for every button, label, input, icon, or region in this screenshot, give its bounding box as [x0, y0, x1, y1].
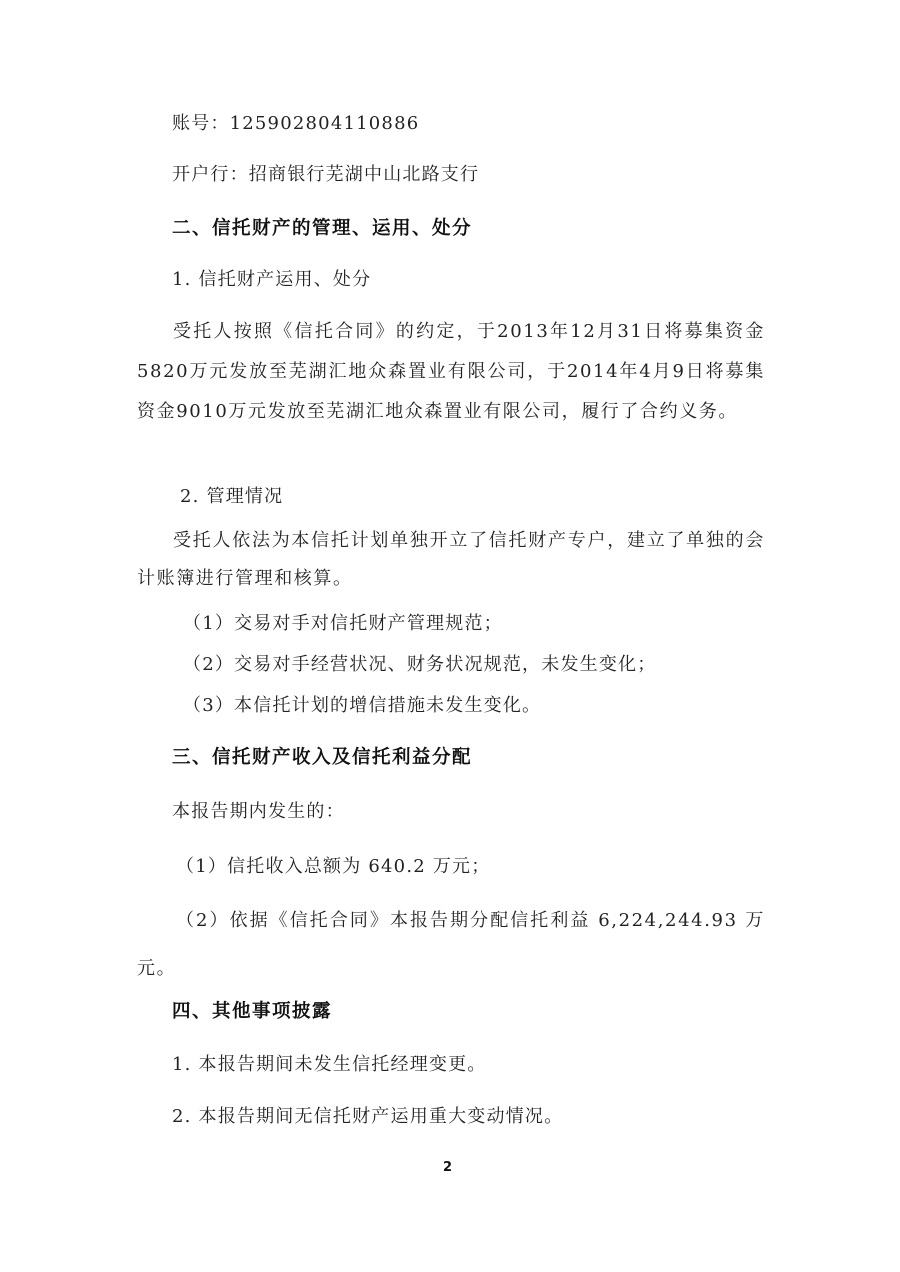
section-2-sub1-paragraph: 受托人按照《信托合同》的约定，于2013年12月31日将募集资金5820万元发放…: [137, 312, 765, 432]
section-4-heading: 四、其他事项披露: [172, 1000, 332, 1024]
section-4-item-1: 1. 本报告期间未发生信托经理变更。: [172, 1053, 487, 1077]
section-2-sub2-paragraph: 受托人依法为本信托计划单独开立了信托财产专户，建立了单独的会计账簿进行管理和核算…: [137, 522, 765, 598]
section-3-item-2: （2）依据《信托合同》本报告期分配信托利益 6,224,244.93 万元。: [137, 897, 765, 993]
section-4-item-2: 2. 本报告期间无信托财产运用重大变动情况。: [172, 1105, 563, 1129]
section-2-item-1: （1）交易对手对信托财产管理规范；: [183, 612, 503, 636]
section-2-sub1-title: 1. 信托财产运用、处分: [172, 268, 371, 292]
section-3-intro: 本报告期内发生的：: [172, 800, 345, 824]
account-number-line: 账号：125902804110886: [172, 112, 419, 136]
section-2-item-3: （3）本信托计划的增信措施未发生变化。: [183, 694, 541, 718]
bank-line: 开户行：招商银行芜湖中山北路支行: [172, 163, 479, 187]
document-page: 账号：125902804110886 开户行：招商银行芜湖中山北路支行 二、信托…: [0, 0, 900, 1272]
section-2-sub2-title: 2. 管理情况: [180, 485, 283, 509]
section-3-heading: 三、信托财产收入及信托利益分配: [172, 746, 472, 770]
section-2-item-2: （2）交易对手经营状况、财务状况规范，未发生变化；: [183, 653, 656, 677]
section-3-item-1: （1）信托收入总额为 640.2 万元；: [176, 855, 490, 879]
section-2-heading: 二、信托财产的管理、运用、处分: [172, 217, 472, 241]
page-number: 2: [443, 1160, 452, 1175]
